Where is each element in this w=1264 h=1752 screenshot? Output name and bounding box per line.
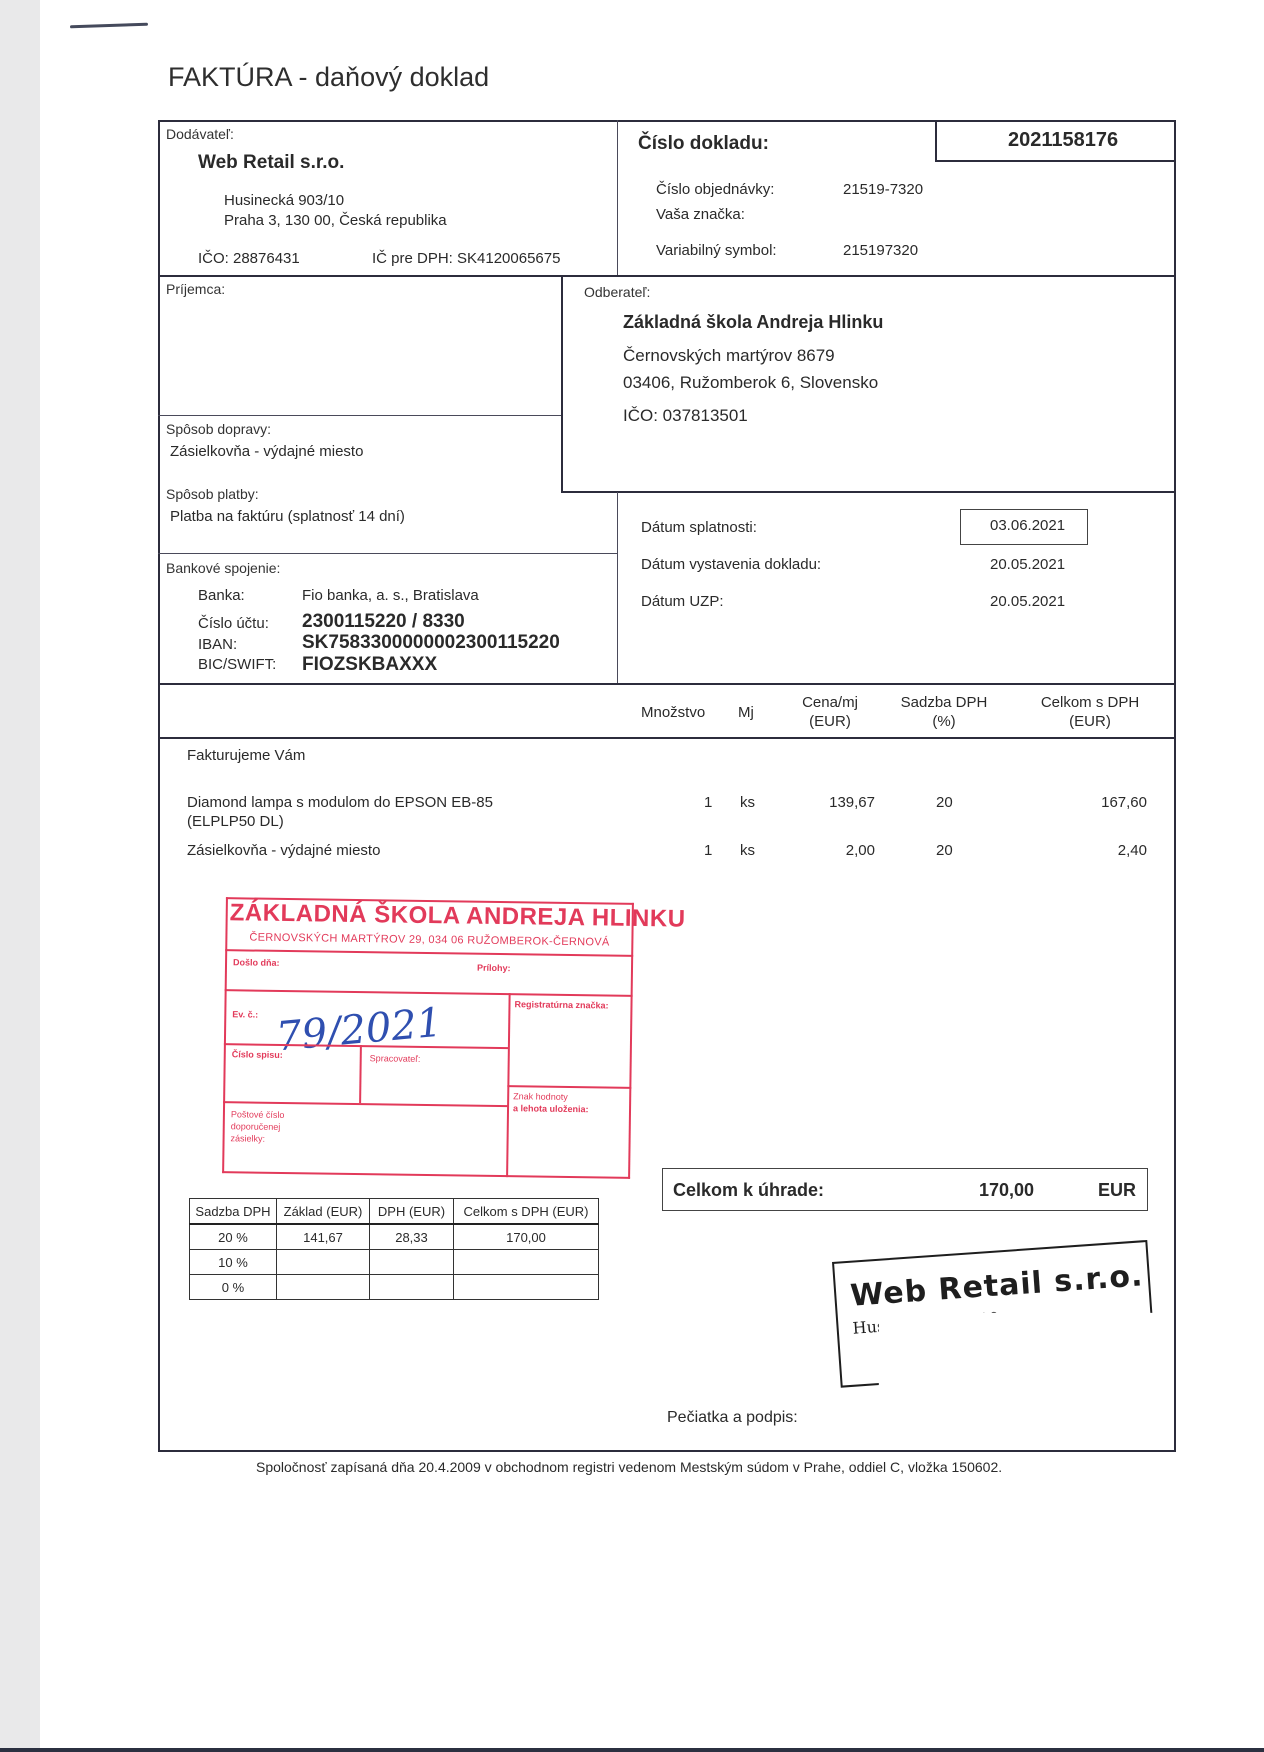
divider: [617, 120, 618, 276]
customer-name: Základná škola Andreja Hlinku: [623, 312, 883, 333]
divider: [158, 415, 562, 416]
iban-label: IBAN:: [198, 636, 237, 653]
vat-summary-row: 20 % 141,67 28,33 170,00: [190, 1224, 599, 1250]
stamp-subtitle: ČERNOVSKÝCH MARTÝROV 29, 034 06 RUŽOMBER…: [249, 931, 609, 948]
total-amount: 170,00: [940, 1180, 1034, 1201]
doc-number-box-left: [935, 120, 937, 162]
account-label: Číslo účtu:: [198, 615, 269, 632]
signature-label: Pečiatka a podpis:: [667, 1409, 798, 1427]
vat-base: 141,67: [277, 1224, 370, 1250]
reference-label: Vaša značka:: [656, 206, 745, 223]
vat-total: 170,00: [454, 1224, 599, 1250]
shipping-label: Spôsob dopravy:: [166, 421, 271, 437]
recipient-label: Príjemca:: [166, 281, 225, 297]
scan-edge: [0, 0, 40, 1752]
supplier-dic: IČ pre DPH: SK4120065675: [372, 250, 560, 267]
item-total: 167,60: [1040, 794, 1147, 811]
stamp-title: ZÁKLADNÁ ŠKOLA ANDREJA HLINKU: [230, 899, 686, 933]
vat-rate: 10 %: [190, 1250, 277, 1275]
frame-left: [158, 120, 160, 1452]
stamp-retention-label-2: a lehota uloženia:: [513, 1103, 589, 1114]
vat-amount: 28,33: [370, 1224, 454, 1250]
stamp-reg-label: Registratúrna značka:: [514, 999, 608, 1010]
frame-right: [1174, 120, 1176, 1452]
vat-rate: 20 %: [190, 1224, 277, 1250]
registry-stamp: ZÁKLADNÁ ŠKOLA ANDREJA HLINKU ČERNOVSKÝC…: [222, 897, 634, 1181]
customer-ico: IČO: 037813501: [623, 406, 748, 426]
payment-value: Platba na faktúru (splatnosť 14 dní): [170, 508, 405, 525]
account-value: 2300115220 / 8330: [302, 611, 465, 633]
pen-mark: [70, 23, 148, 29]
stamp-attachments-label: Prílohy:: [477, 963, 511, 973]
customer-box-left: [561, 276, 563, 493]
vs-label: Variabilný symbol:: [656, 242, 777, 259]
vat-summary-row: 0 %: [190, 1275, 599, 1300]
stamp-received-label: Došlo dňa:: [233, 957, 280, 968]
supplier-address-1: Husinecká 903/10: [224, 192, 344, 209]
vat-total: [454, 1275, 599, 1300]
total-currency: EUR: [1098, 1180, 1136, 1201]
item-qty: 1: [704, 794, 712, 811]
vat-header-rate: Sadzba DPH: [190, 1199, 277, 1225]
vat-summary-table: Sadzba DPH Základ (EUR) DPH (EUR) Celkom…: [189, 1198, 599, 1300]
shipping-value: Zásielkovňa - výdajné miesto: [170, 443, 363, 460]
stamp-file-label: Číslo spisu:: [232, 1049, 283, 1060]
bank-section-label: Bankové spojenie:: [166, 560, 280, 576]
item-description: Diamond lampa s modulom do EPSON EB-85: [187, 794, 493, 811]
stamp-postal-label-2: doporučenej: [231, 1121, 281, 1132]
item-total: 2,40: [1040, 842, 1147, 859]
total-label: Celkom k úhrade:: [673, 1180, 824, 1201]
divider: [158, 737, 1176, 739]
vat-header-vat: DPH (EUR): [370, 1199, 454, 1225]
scan-edge-bottom: [0, 1748, 1264, 1752]
vat-rate: 0 %: [190, 1275, 277, 1300]
vs-value: 215197320: [843, 242, 918, 259]
issue-date-value: 20.05.2021: [990, 556, 1065, 573]
frame-top: [158, 120, 1176, 122]
uzp-date-label: Dátum UZP:: [641, 593, 724, 610]
col-price-unit: (EUR): [780, 713, 880, 730]
col-vat: Sadzba DPH: [884, 694, 1004, 711]
vat-amount: [370, 1250, 454, 1275]
divider: [158, 275, 1176, 277]
order-value: 21519-7320: [843, 181, 923, 198]
supplier-label: Dodávateľ:: [166, 126, 234, 142]
due-date-value: 03.06.2021: [990, 517, 1065, 534]
vat-amount: [370, 1275, 454, 1300]
vat-total: [454, 1250, 599, 1275]
col-vat-unit: (%): [884, 713, 1004, 730]
vat-summary-header: Sadzba DPH Základ (EUR) DPH (EUR) Celkom…: [190, 1199, 599, 1225]
footer-registration: Spoločnosť zapísaná dňa 20.4.2009 v obch…: [256, 1459, 1002, 1475]
doc-number: 2021158176: [1008, 129, 1118, 152]
items-intro: Fakturujeme Vám: [187, 747, 305, 764]
bank-value: Fio banka, a. s., Bratislava: [302, 587, 479, 604]
vat-summary-row: 10 %: [190, 1250, 599, 1275]
supplier-ico: IČO: 28876431: [198, 250, 300, 267]
payment-label: Spôsob platby:: [166, 486, 259, 502]
stamp-postal-label-3: zásielky:: [231, 1133, 266, 1143]
item-price: 139,67: [780, 794, 875, 811]
divider: [158, 683, 1176, 685]
item-description: Zásielkovňa - výdajné miesto: [187, 842, 380, 859]
company-stamp: Web Retail s.r.o. Husinecká 903/10: [832, 1240, 1161, 1402]
item-unit: ks: [740, 842, 755, 859]
document-title: FAKTÚRA - daňový doklad: [168, 62, 489, 93]
bic-label: BIC/SWIFT:: [198, 656, 276, 673]
item-vat: 20: [936, 794, 953, 811]
customer-label: Odberateľ:: [584, 284, 650, 300]
item-vat: 20: [936, 842, 953, 859]
item-qty: 1: [704, 842, 712, 859]
order-label: Číslo objednávky:: [656, 181, 774, 198]
col-unit: Mj: [738, 704, 754, 721]
doc-number-label: Číslo dokladu:: [638, 133, 769, 155]
frame-bottom: [158, 1450, 1176, 1452]
stamp-retention-label: Znak hodnoty: [513, 1091, 568, 1102]
customer-address-1: Černovských martýrov 8679: [623, 346, 835, 366]
stamp-postal-label: Poštové číslo: [231, 1109, 285, 1120]
due-date-label: Dátum splatnosti:: [641, 519, 757, 536]
doc-number-box-bottom: [935, 160, 1175, 162]
supplier-address-2: Praha 3, 130 00, Česká republika: [224, 212, 447, 229]
iban-value: SK7583300000002300115220: [302, 632, 560, 654]
vat-header-total: Celkom s DPH (EUR): [454, 1199, 599, 1225]
vat-base: [277, 1250, 370, 1275]
vat-header-base: Základ (EUR): [277, 1199, 370, 1225]
divider: [158, 553, 618, 554]
divider: [617, 492, 618, 684]
bank-label: Banka:: [198, 587, 245, 604]
uzp-date-value: 20.05.2021: [990, 593, 1065, 610]
item-description-2: (ELPLP50 DL): [187, 813, 284, 830]
issue-date-label: Dátum vystavenia dokladu:: [641, 556, 821, 573]
item-price: 2,00: [780, 842, 875, 859]
supplier-name: Web Retail s.r.o.: [198, 152, 344, 174]
customer-box-bottom: [561, 491, 1175, 493]
col-qty: Množstvo: [641, 704, 705, 721]
item-unit: ks: [740, 794, 755, 811]
col-total: Celkom s DPH: [1020, 694, 1160, 711]
stamp-ev-label: Ev. č.:: [232, 1009, 258, 1019]
vat-base: [277, 1275, 370, 1300]
col-total-unit: (EUR): [1020, 713, 1160, 730]
bic-value: FIOZSKBAXXX: [302, 654, 437, 676]
customer-address-2: 03406, Ružomberok 6, Slovensko: [623, 373, 878, 393]
stamp-handler-label: Spracovateľ:: [370, 1053, 421, 1064]
col-price: Cena/mj: [780, 694, 880, 711]
